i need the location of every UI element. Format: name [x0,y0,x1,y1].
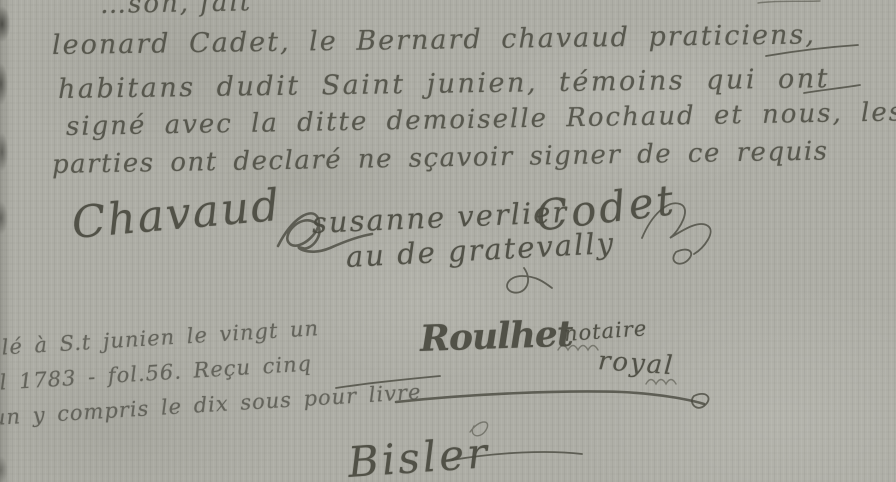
manuscript-line-4: parties ont declaré ne sçavoir signer de… [52,136,829,180]
cutoff-stroke-top [758,1,820,3]
signature-notary-name: Roulhet [419,313,573,360]
manuscript-page: …son, fait leonard Cadet, le Bernard cha… [0,0,896,482]
notary-rubric-endloop [692,394,709,408]
signature-bottom-partial: Bisler [346,428,491,482]
manuscript-line-3: signé avec la ditte demoiselle Rochaud e… [66,97,896,142]
manuscript-line-1: leonard Cadet, le Bernard chavaud pratic… [52,19,816,61]
notary-title-royal: royal [597,346,675,381]
notary-title-notaire: notaire [563,316,648,346]
gratevally-descender [507,268,552,293]
codet-paraphe-loop [673,250,691,264]
signature-chavaud: Chavaud [70,180,283,249]
manuscript-line-2: habitans dudit Saint junien, témoins qui… [58,63,830,105]
manuscript-line-fragment: …son, fait [100,0,253,20]
notary-rubric-line [396,391,704,404]
